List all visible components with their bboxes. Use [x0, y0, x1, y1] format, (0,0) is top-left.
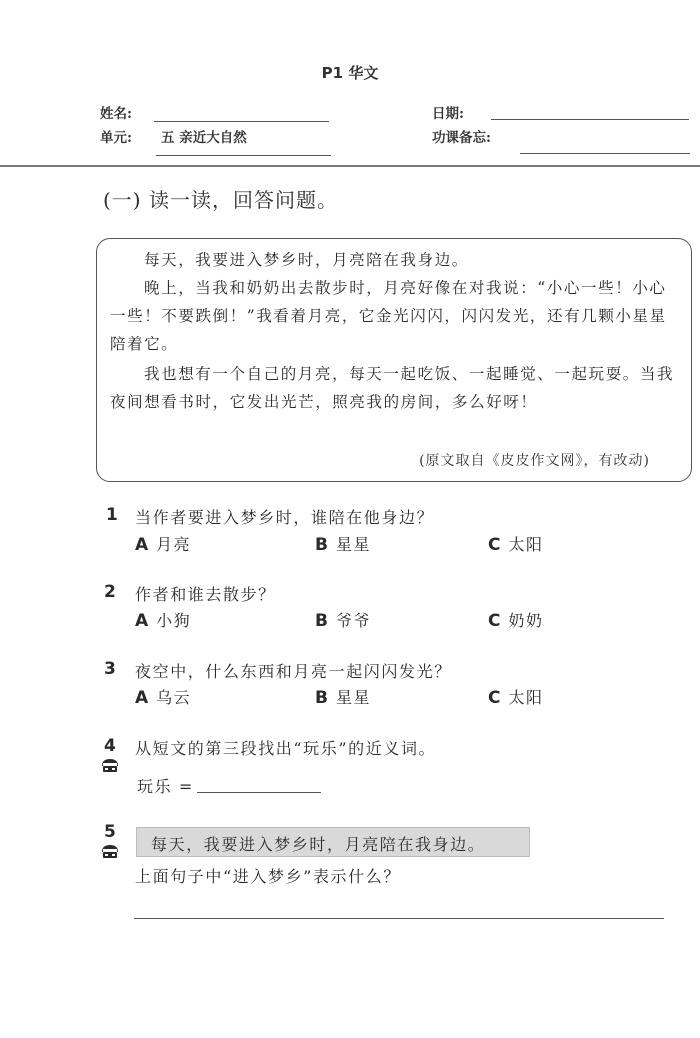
- option-letter: A: [135, 611, 148, 631]
- option-text: 太阳: [508, 688, 543, 707]
- question-5-quote: 每天，我要进入梦乡时，月亮陪在我身边。: [151, 832, 485, 855]
- option-letter: A: [135, 688, 148, 708]
- question-4-number: 4: [104, 736, 116, 756]
- option-text: 乌云: [156, 688, 191, 707]
- option-text: 太阳: [508, 535, 543, 554]
- option-letter: C: [488, 535, 500, 555]
- question-3-option-b[interactable]: B星星: [315, 685, 371, 708]
- question-1-text: 当作者要进入梦乡时，谁陪在他身边？: [135, 505, 434, 528]
- date-field[interactable]: [491, 119, 689, 120]
- name-field[interactable]: [154, 121, 329, 122]
- question-2-text: 作者和谁去散步？: [135, 582, 276, 605]
- passage-paragraph-2: 晚上，当我和奶奶出去散步时，月亮好像在对我说：“小心一些！小心一些！不要跌倒！”…: [110, 274, 680, 358]
- unit-field[interactable]: [156, 155, 331, 156]
- question-5-answer-field[interactable]: [134, 918, 664, 919]
- question-1-number: 1: [106, 505, 118, 525]
- option-letter: C: [488, 688, 500, 708]
- option-letter: A: [135, 535, 148, 555]
- option-letter: B: [315, 688, 328, 708]
- worksheet-title: P1 华文: [0, 62, 700, 83]
- option-text: 星星: [336, 535, 371, 554]
- option-text: 爷爷: [336, 611, 371, 630]
- question-3-number: 3: [104, 659, 116, 679]
- section-title: (一) 读一读，回答问题。: [103, 184, 338, 213]
- option-text: 奶奶: [508, 611, 543, 630]
- question-5-text: 上面句子中“进入梦乡”表示什么？: [135, 864, 401, 887]
- option-text: 月亮: [156, 535, 191, 554]
- question-4-answer-label: 玩乐 =: [137, 774, 194, 797]
- question-1-option-b[interactable]: B星星: [315, 532, 371, 555]
- unit-label: 单元:: [100, 126, 132, 146]
- option-letter: C: [488, 611, 500, 631]
- option-text: 小狗: [156, 611, 191, 630]
- question-2-option-b[interactable]: B爷爷: [315, 608, 371, 631]
- question-4-text: 从短文的第三段找出“玩乐”的近义词。: [135, 736, 436, 759]
- passage-source: (原文取自《皮皮作文网》，有改动): [419, 450, 650, 470]
- passage-paragraph-1: 每天，我要进入梦乡时，月亮陪在我身边。: [110, 246, 680, 274]
- name-label: 姓名:: [100, 102, 132, 122]
- date-label: 日期:: [432, 102, 464, 122]
- option-letter: B: [315, 611, 328, 631]
- homework-field[interactable]: [520, 153, 690, 154]
- kbat-badge-icon: [100, 843, 120, 859]
- question-4-answer-field[interactable]: [197, 792, 321, 793]
- question-1-option-c[interactable]: C太阳: [488, 532, 544, 555]
- question-3-option-c[interactable]: C太阳: [488, 685, 544, 708]
- option-text: 星星: [336, 688, 371, 707]
- question-5-quote-box: 每天，我要进入梦乡时，月亮陪在我身边。: [136, 827, 530, 857]
- question-3-option-a[interactable]: A乌云: [135, 685, 191, 708]
- question-1-option-a[interactable]: A月亮: [135, 532, 191, 555]
- question-3-text: 夜空中，什么东西和月亮一起闪闪发光？: [135, 659, 452, 682]
- header-divider: [0, 165, 700, 167]
- question-2-option-a[interactable]: A小狗: [135, 608, 191, 631]
- unit-value: 五 亲近大自然: [161, 126, 247, 146]
- kbat-badge-icon: [100, 757, 120, 773]
- option-letter: B: [315, 535, 328, 555]
- question-5-number: 5: [104, 822, 116, 842]
- homework-label: 功课备忘:: [432, 126, 491, 146]
- question-2-option-c[interactable]: C奶奶: [488, 608, 544, 631]
- passage-paragraph-3: 我也想有一个自己的月亮，每天一起吃饭、一起睡觉、一起玩耍。当我夜间想看书时，它发…: [110, 360, 680, 416]
- question-2-number: 2: [104, 582, 116, 602]
